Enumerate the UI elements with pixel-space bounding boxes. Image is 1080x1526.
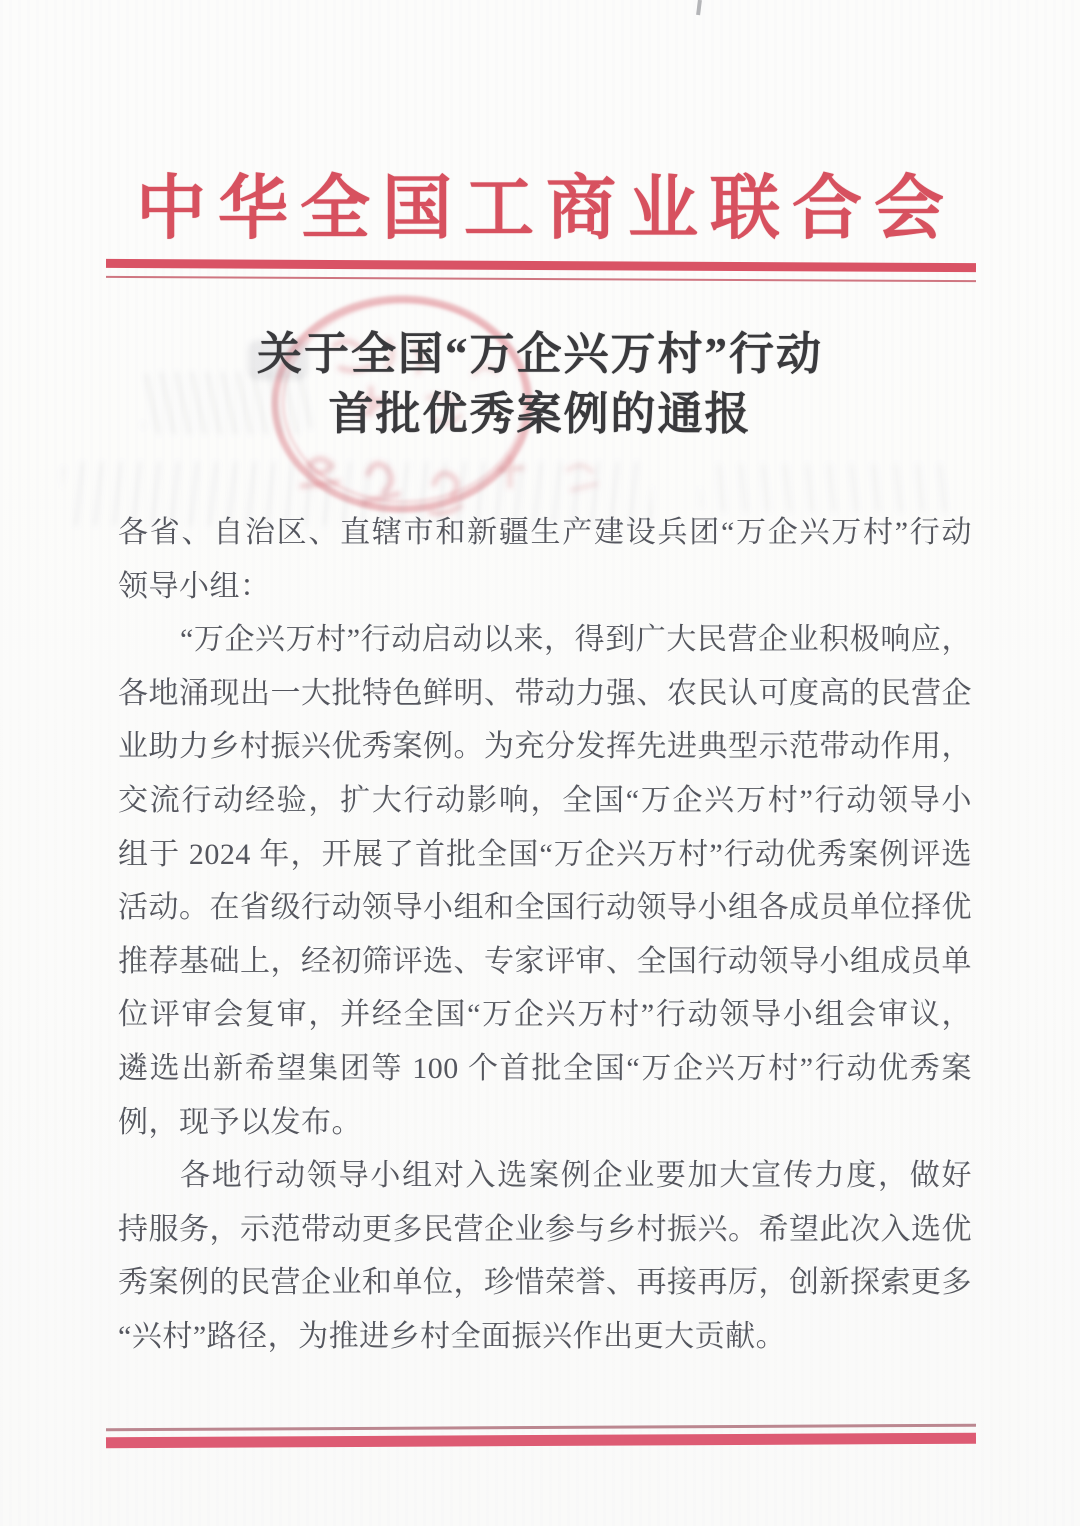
body-line: “兴村”路径，为推进乡村全面振兴作出更大贡献。: [118, 1310, 972, 1364]
letterhead-title: 中华全国工商业联合会: [0, 152, 1080, 253]
header-rule-thick: [106, 259, 976, 272]
body-line: 例，现予以发布。: [118, 1096, 972, 1150]
body-line: 推荐基础上，经初筛评选、专家评审、全国行动领导小组成员单: [118, 935, 972, 989]
bleed-through-artifact: [700, 464, 958, 512]
header-rule-thin: [106, 276, 976, 282]
body-line: 业助力乡村振兴优秀案例。为充分发挥先进典型示范带动作用，: [118, 720, 972, 774]
scanned-notice-page: 中华全国工商业联合会: [0, 0, 1080, 1526]
notice-title: 关于全国“万企兴万村”行动 首批优秀案例的通报: [0, 324, 1080, 444]
notice-title-line1: 关于全国“万企兴万村”行动: [0, 324, 1080, 384]
body-line: 组于 2024 年，开展了首批全国“万企兴万村”行动优秀案例评选: [118, 828, 972, 882]
body-line: 持服务，示范带动更多民营企业参与乡村振兴。希望此次入选优: [118, 1203, 972, 1257]
body-line: 遴选出新希望集团等 100 个首批全国“万企兴万村”行动优秀案: [118, 1042, 972, 1096]
notice-body: 各省、自治区、直辖市和新疆生产建设兵团“万企兴万村”行动 领导小组： “万企兴万…: [118, 506, 972, 1364]
body-line: 位评审会复审，并经全国“万企兴万村”行动领导小组会审议，: [118, 988, 972, 1042]
body-line: 秀案例的民营企业和单位，珍惜荣誉、再接再厉，创新探索更多: [118, 1256, 972, 1310]
footer-rule-thick: [106, 1433, 976, 1449]
scan-artifact: [696, 0, 702, 15]
notice-title-line2: 首批优秀案例的通报: [0, 384, 1080, 444]
body-line: 活动。在省级行动领导小组和全国行动领导小组各成员单位择优: [118, 881, 972, 935]
body-line: 各地涌现出一大批特色鲜明、带动力强、农民认可度高的民营企: [118, 667, 972, 721]
footer-rule-thin: [106, 1424, 976, 1432]
body-line: 各地行动领导小组对入选案例企业要加大宣传力度，做好支: [118, 1149, 972, 1203]
body-line: 领导小组：: [118, 560, 972, 614]
body-line: 交流行动经验，扩大行动影响，全国“万企兴万村”行动领导小: [118, 774, 972, 828]
body-line: 各省、自治区、直辖市和新疆生产建设兵团“万企兴万村”行动: [118, 506, 972, 560]
body-line: “万企兴万村”行动启动以来，得到广大民营企业积极响应，: [118, 613, 972, 667]
